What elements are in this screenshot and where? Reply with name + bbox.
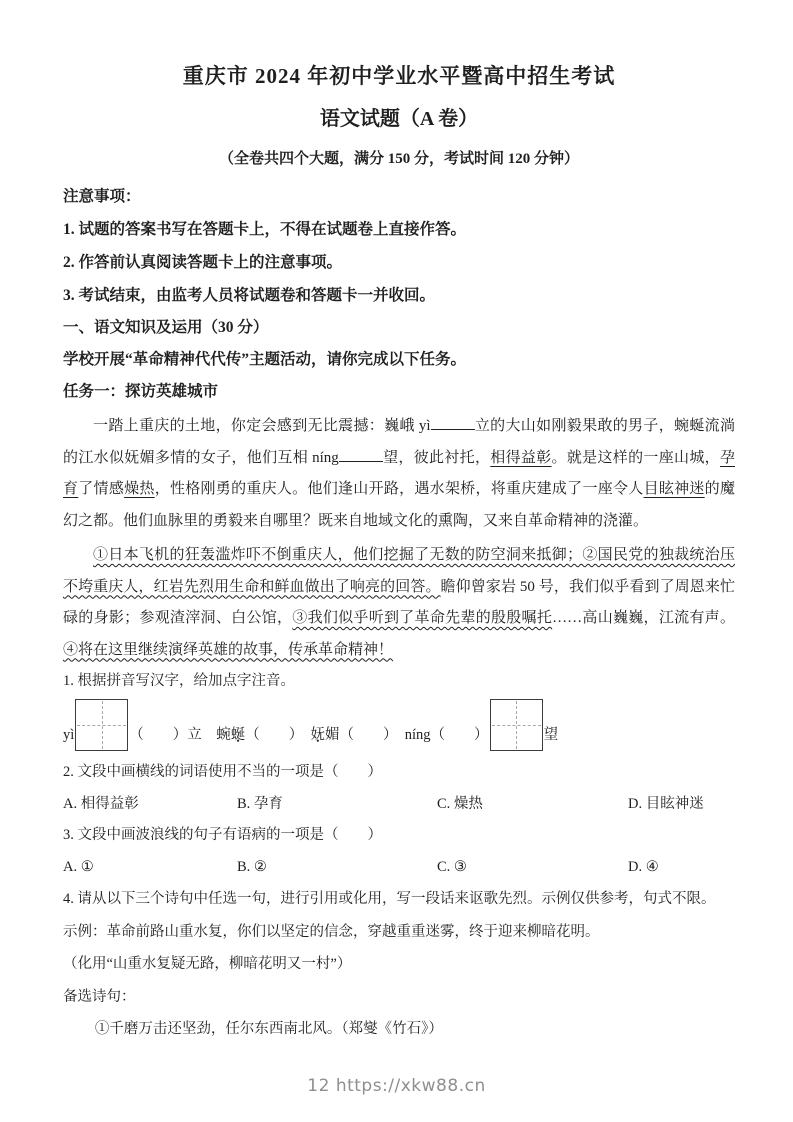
question-3-options: A. ① B. ② C. ③ D. ④ [63,851,735,883]
question-2-label: 2. 文段中画横线的词语使用不当的一项是（ ） [63,757,735,788]
question-4-label: 4. 请从以下三个诗句中任选一句，进行引用或化用，写一段话来讴歌先烈。示例仅供参… [63,883,735,916]
notices-block: 注意事项： 1. 试题的答案书写在答题卡上，不得在试题卷上直接作答。 2. 作答… [63,180,735,312]
question-1: 1. 根据拼音写汉字，给加点字注音。 yì（ ）立 蜿蜒（ ） 妩媚（ ） ní… [63,666,735,751]
option-b: B. 孕育 [237,788,437,820]
text-run: 一踏上重庆的土地，你定会感到无比震撼：巍峨 yì [93,418,431,434]
option-c: C. ③ [437,851,628,883]
fill-in-blank [431,414,475,430]
underlined-phrase: 燥热 [124,481,155,497]
option-d: D. ④ [628,851,735,883]
character-grid-box [490,699,543,751]
section-intro: 学校开展“革命精神代代传”主题活动，请你完成以下任务。 [63,344,735,376]
exam-paper-page: 重庆市 2024 年初中学业水平暨高中招生考试 语文试题（A 卷） （全卷共四个… [0,0,793,1122]
passage-paragraph-2: ①日本飞机的狂轰滥炸吓不倒重庆人，他们挖掘了无数的防空洞来抵御；②国民党的独裁统… [63,540,735,666]
question-4-note: （化用“山重水复疑无路，柳暗花明又一村”） [63,948,735,981]
text-run: （ ）立 蜿 [129,727,231,743]
grid-dashed-horizontal-line [77,725,126,726]
exam-info-line: （全卷共四个大题，满分 150 分，考试时间 120 分钟） [63,148,735,171]
question-2: 2. 文段中画横线的词语使用不当的一项是（ ） A. 相得益彰 B. 孕育 C.… [63,757,735,820]
text-run: 望，彼此衬托， [383,450,491,466]
notice-item-3: 3. 考试结束，由监考人员将试题卷和答题卡一并收回。 [63,279,735,312]
text-run: 媚（ ） níng（ ） [325,727,489,743]
wavy-underlined-sentence: ④将在这里继续演绎英雄的故事，传承革命精神！ [63,642,393,658]
page-number: 12 [307,1076,330,1096]
question-2-options: A. 相得益彰 B. 孕育 C. 燥热 D. 目眩神迷 [63,788,735,820]
question-4-example: 示例：革命前路山重水复，你们以坚定的信念，穿越重重迷雾，终于迎来柳暗花明。 [63,916,735,949]
fill-in-blank [339,446,383,462]
question-4: 4. 请从以下三个诗句中任选一句，进行引用或化用，写一段话来讴歌先烈。示例仅供参… [63,883,735,1046]
dotted-character: 妩 [311,727,326,743]
question-1-label: 1. 根据拼音写汉字，给加点字注音。 [63,666,735,697]
option-d: D. 目眩神迷 [628,788,735,820]
question-4-list-heading: 备选诗句： [63,981,735,1014]
question-3: 3. 文段中画波浪线的句子有语病的一项是（ ） A. ① B. ② C. ③ D… [63,820,735,883]
question-3-label: 3. 文段中画波浪线的句子有语病的一项是（ ） [63,820,735,851]
notice-item-2: 2. 作答前认真阅读答题卡上的注意事项。 [63,246,735,279]
page-footer: 12 https://xkw88.cn [0,1076,793,1096]
text-run: （ ） [245,727,310,743]
passage-paragraph-1: 一踏上重庆的土地，你定会感到无比震撼：巍峨 yì立的大山如刚毅果敢的男子，蜿蜒流… [63,411,735,537]
paper-subtitle: 语文试题（A 卷） [63,105,735,133]
footer-url: https://xkw88.cn [336,1076,486,1096]
text-run: yì [63,727,74,743]
page-title: 重庆市 2024 年初中学业水平暨高中招生考试 [63,62,735,90]
question-1-answer-line: yì（ ）立 蜿蜒（ ） 妩媚（ ） níng（ ）望 [63,699,735,751]
grid-dashed-horizontal-line [492,725,541,726]
text-run: 。就是这样的一座山城， [552,450,720,466]
option-c: C. 燥热 [437,788,628,820]
text-run: ，性格刚勇的重庆人。他们逢山开路，遇水架桥，将重庆建成了一座令人 [155,481,644,497]
option-a: A. ① [63,851,237,883]
text-run: 望 [544,727,559,743]
task-heading: 任务一：探访英雄城市 [63,376,735,408]
notice-item-1: 1. 试题的答案书写在答题卡上，不得在试题卷上直接作答。 [63,213,735,246]
option-b: B. ② [237,851,437,883]
wavy-underlined-sentence: ③我们似乎听到了革命先辈的殷殷嘱托 [292,610,552,626]
notices-heading: 注意事项： [63,180,735,213]
underlined-phrase: 目眩神迷 [644,481,705,497]
dotted-character: 蜒 [231,727,246,743]
character-grid-box [75,699,128,751]
section-heading: 一、语文知识及运用（30 分） [63,312,735,344]
text-run: 了情感 [78,481,124,497]
option-a: A. 相得益彰 [63,788,237,820]
underlined-phrase: 相得益彰 [490,450,551,466]
question-4-poem-item-1: ①千磨万击还坚劲，任尔东西南北风。（郑燮《竹石》） [63,1013,735,1046]
text-run: ……高山巍巍，江流有声。 [552,610,735,626]
